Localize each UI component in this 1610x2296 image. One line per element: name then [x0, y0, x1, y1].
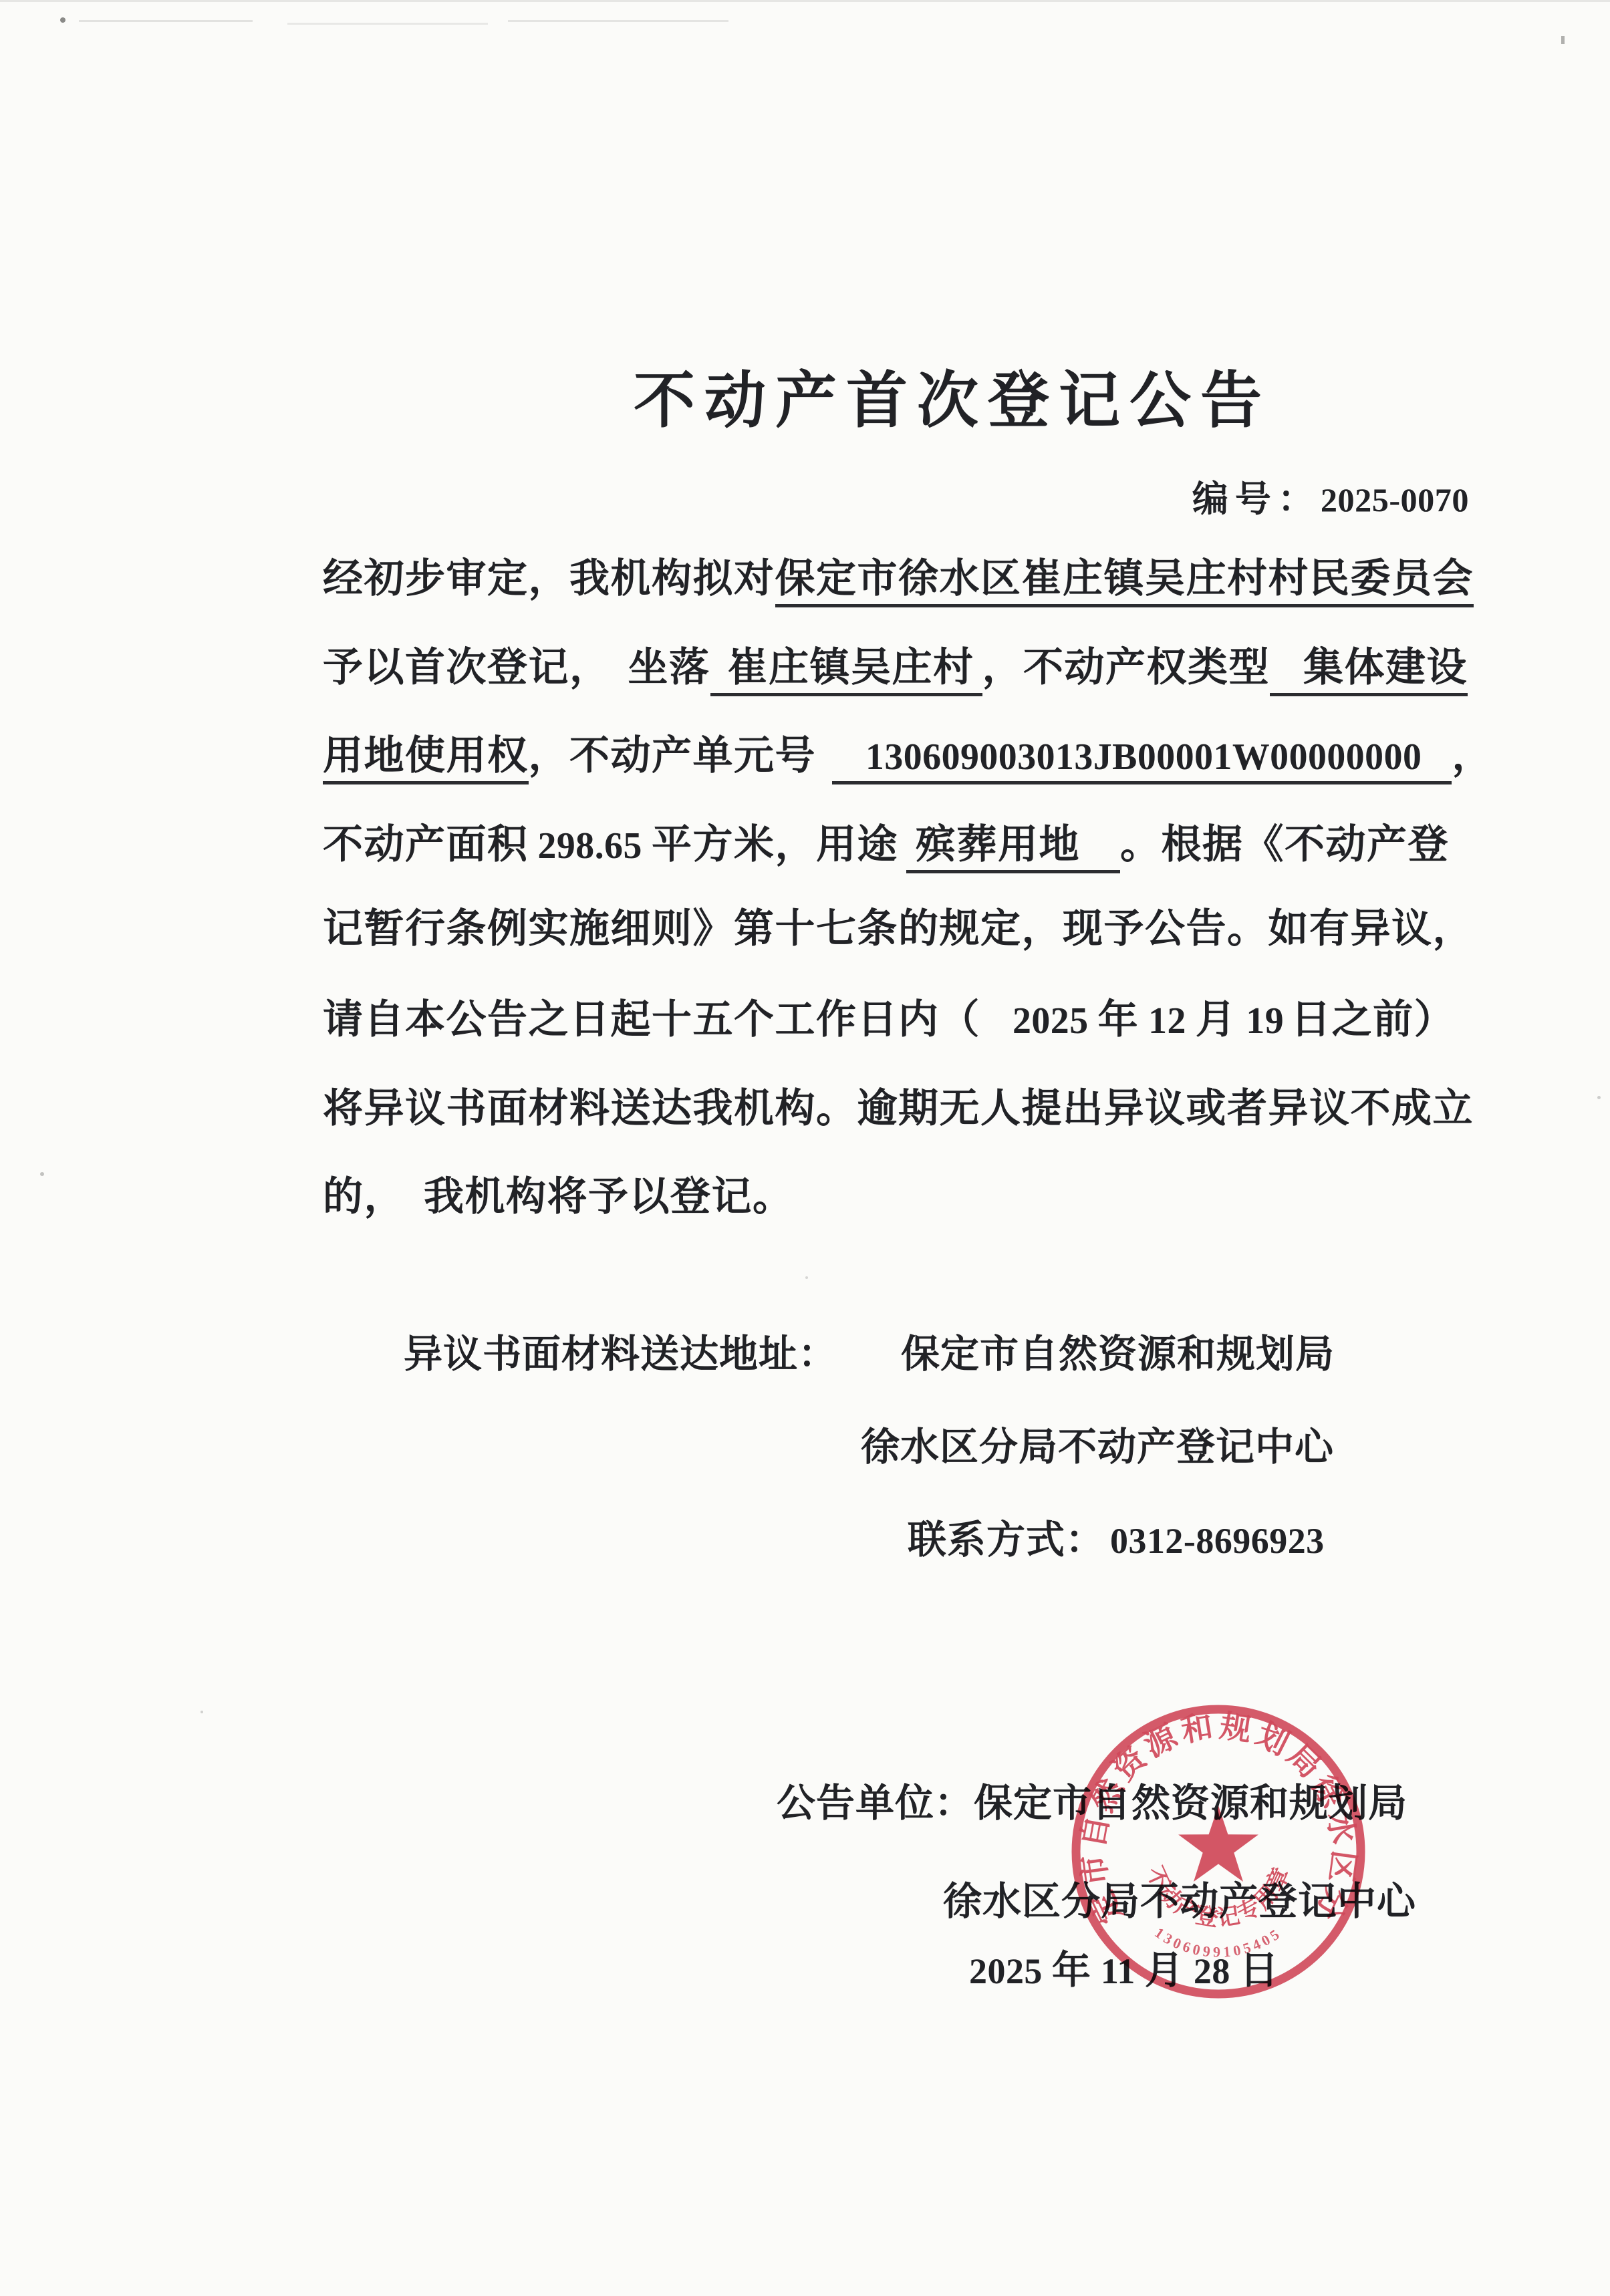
body-text: 。根据《不动产登: [1120, 823, 1449, 867]
page-title: 不动产首次登记公告: [634, 366, 1271, 437]
scan-speck: [287, 23, 488, 25]
scan-speck: [79, 20, 253, 22]
scan-speck: [805, 1276, 808, 1279]
deadline-day: 19: [1246, 1000, 1284, 1042]
phone-number: 0312-8696923: [1110, 1521, 1325, 1561]
contact-line: 联系方式：0312-8696923: [908, 1518, 1325, 1563]
body-text: 我机构将予以登记。: [424, 1175, 794, 1219]
deadline-month: 12: [1148, 1000, 1186, 1042]
address-line: 徐水区分局不动产登记中心: [861, 1425, 1334, 1470]
star-icon: [1178, 1806, 1258, 1882]
scan-speck: [508, 20, 728, 22]
body-line: 将异议书面材料送达我机构。逾期无人提出异议或者异议不成立: [323, 1086, 1474, 1132]
address-value: 徐水区分局不动产登记中心: [861, 1425, 1334, 1469]
issuer-label: 公告单位：: [777, 1781, 974, 1825]
body-text-underlined: 集体建设: [1270, 645, 1468, 696]
body-line: 请自本公告之日起十五个工作日内（2025年12月19日之前）: [323, 997, 1455, 1043]
body-text: 将异议书面材料送达我机构。逾期无人提出异议或者异议不成立: [323, 1087, 1474, 1131]
body-text: 予以首次登记，: [323, 645, 611, 690]
address-line: 异议书面材料送达地址：保定市自然资源和规划局: [404, 1332, 1335, 1377]
body-line: 予以首次登记，坐落崔庄镇吴庄村，不动产权类型集体建设: [323, 645, 1468, 691]
body-text: ，不动产权类型: [982, 645, 1270, 690]
svg-text:1306099105405: 1306099105405: [1152, 1924, 1285, 1960]
body-text: ，: [1452, 734, 1493, 778]
body-line: 用地使用权，不动产单元号130609003013JB00001W00000000…: [323, 733, 1493, 779]
seal-inner-text: 不动产登记专用章: [1142, 1862, 1295, 1931]
body-text: 的，: [323, 1175, 405, 1219]
body-text-underlined: 崔庄镇吴庄村: [710, 645, 982, 696]
body-text: 平方米，用途: [652, 823, 898, 867]
doc-number-value: 2025-0070: [1321, 481, 1469, 519]
scan-speck: [1561, 36, 1565, 44]
body-text: ，不动产单元号: [529, 734, 817, 778]
scan-edge-line: [0, 0, 1610, 2]
scan-speck: [200, 1711, 203, 1713]
body-line: 经初步审定，我机构拟对保定市徐水区崔庄镇吴庄村村民委员会: [323, 556, 1474, 602]
svg-text:不动产登记专用章: 不动产登记专用章: [1142, 1862, 1295, 1931]
unit-number-underlined: 130609003013JB00001W00000000: [832, 736, 1452, 784]
body-text: 经初步审定，我机构拟对: [323, 557, 775, 601]
svg-text:保定市自然资源和规划局徐水区分局: 保定市自然资源和规划局徐水区分局: [1064, 1697, 1361, 1928]
scan-speck: [60, 17, 65, 23]
body-line: 不动产面积298.65平方米，用途殡葬用地。根据《不动产登: [323, 822, 1449, 868]
doc-number-label: 编号：: [1192, 479, 1321, 519]
announcement-document: 不动产首次登记公告 编号：2025-0070 经初步审定，我机构拟对保定市徐水区…: [0, 0, 1610, 2296]
body-text: 请自本公告之日起十五个工作日内（: [323, 998, 980, 1042]
scan-speck: [1597, 1096, 1601, 1099]
body-text-underlined: 保定市徐水区崔庄镇吴庄村村民委员会: [775, 557, 1474, 607]
body-line: 记暂行条例实施细则》第十七条的规定，现予公告。如有异议，: [323, 906, 1474, 952]
body-text: 日之前）: [1291, 998, 1455, 1042]
body-text: 坐落: [628, 645, 710, 690]
address-value: 保定市自然资源和规划局: [901, 1332, 1335, 1376]
body-text: 年: [1098, 998, 1139, 1042]
area-value: 298.65: [538, 825, 642, 867]
address-label: 异议书面材料送达地址：: [404, 1332, 837, 1376]
body-text: 记暂行条例实施细则》第十七条的规定，现予公告。如有异议，: [323, 907, 1474, 951]
deadline-year: 2025: [1013, 1000, 1089, 1042]
body-text: 不动产面积: [323, 823, 529, 867]
body-text-underlined: 用地使用权: [323, 734, 529, 784]
scan-speck: [40, 1172, 44, 1176]
doc-number: 编号：2025-0070: [1192, 478, 1469, 520]
body-line: 的，我机构将予以登记。: [323, 1174, 794, 1220]
body-text: 月: [1196, 998, 1237, 1042]
body-text-underlined: 殡葬用地: [906, 823, 1120, 873]
date-year: 2025: [969, 1951, 1043, 1991]
contact-label: 联系方式：: [908, 1518, 1105, 1562]
seal-code-text: 1306099105405: [1152, 1924, 1285, 1960]
seal-ring-text: 保定市自然资源和规划局徐水区分局: [1064, 1697, 1361, 1928]
official-seal: 保定市自然资源和规划局徐水区分局 不动产登记专用章 1306099105405: [1064, 1697, 1373, 2006]
title-text: 不动产首次登记公告: [634, 367, 1271, 435]
